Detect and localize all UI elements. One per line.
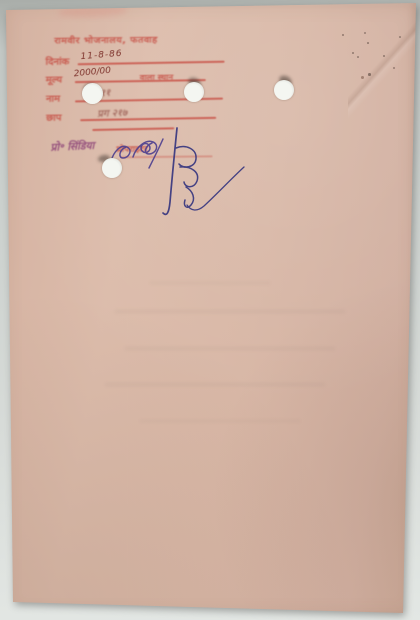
punch-hole [102,158,122,178]
show-through-line [105,383,325,386]
ink-speck [361,76,364,79]
handwritten-purple-note: प्रो॰ सिंडिया [50,139,94,155]
stamp-field-label-date: दिनांक [45,54,69,67]
stamp-rule-line [121,155,213,158]
punch-hole [274,80,294,100]
stamp-footer-text: प्रोपराइटर [116,143,148,155]
ink-speck [393,67,395,69]
stamp-field-label-name: नाम [46,91,60,104]
handwritten-price: 2000/00 [73,66,111,80]
stamp-field-label-mark: छाप [46,110,62,123]
punch-hole [82,83,103,104]
stamp-rule-line [78,61,225,66]
ink-speck [342,34,344,36]
show-through-line [140,420,300,422]
ink-speck [368,73,371,76]
ink-speck [399,36,401,38]
show-through-line [150,282,270,284]
show-through-line [115,310,345,313]
punch-hole [184,82,204,102]
faint-ink-smudge [58,5,128,18]
ink-speck [367,42,369,44]
rubber-stamp: रामवीर भोजनालय, फतवाह दिनांक 11-8-86 मूल… [43,32,254,168]
ink-speck [357,56,359,58]
show-through-line [125,347,335,350]
stamp-field-label-price: मूल्य [46,72,63,85]
handwritten-date: 11-8-86 [80,49,123,62]
ink-speck [364,32,366,34]
stamp-rule-line [92,127,174,131]
photo-of-document: रामवीर भोजनालय, फतवाह दिनांक 11-8-86 मूल… [0,0,420,620]
paper-shadow: रामवीर भोजनालय, फतवाह दिनांक 11-8-86 मूल… [0,0,420,620]
stamp-header-text: रामवीर भोजनालय, फतवाह [54,33,158,46]
ink-speck [352,52,354,54]
corner-crease [348,8,420,120]
ink-speck [383,55,385,57]
paper-sheet: रामवीर भोजनालय, फतवाह दिनांक 11-8-86 मूल… [0,0,420,620]
